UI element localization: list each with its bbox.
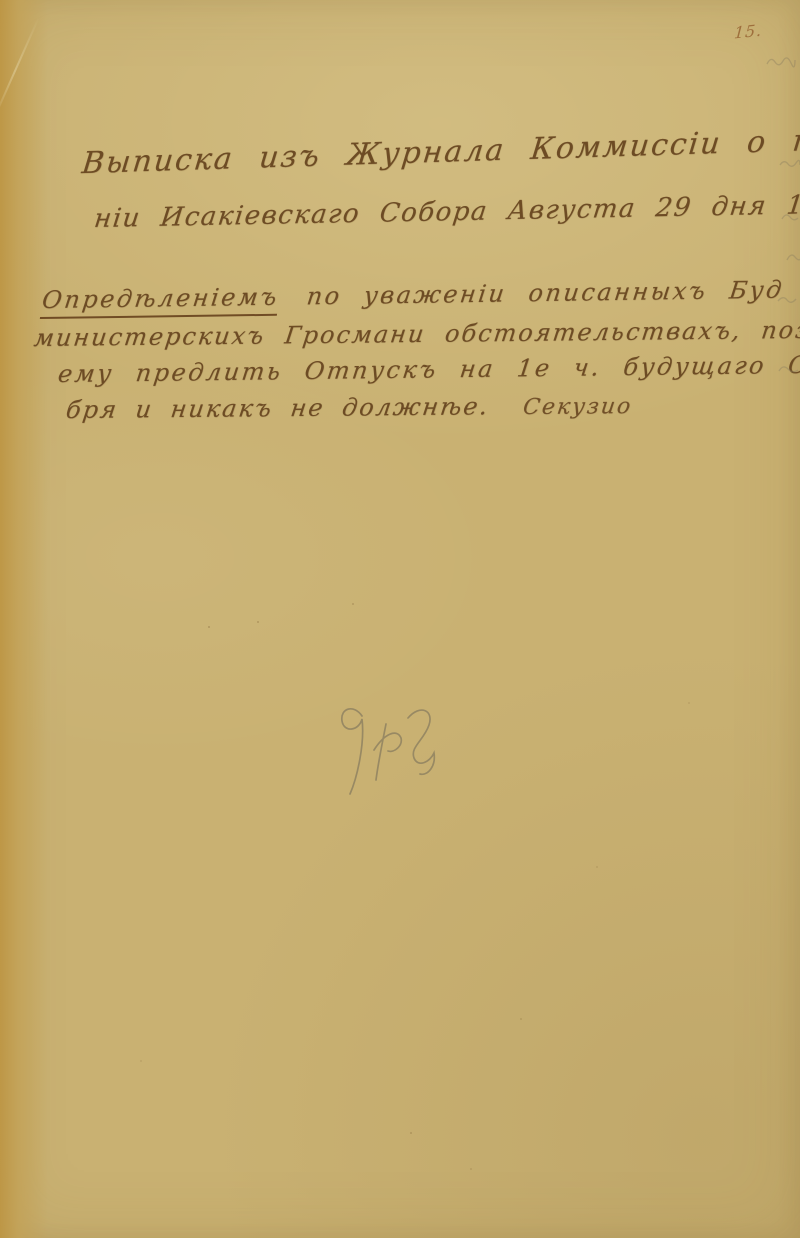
body-line-1: Опредѣленіемъпо уваженіи описанныхъ Буд xyxy=(40,276,785,314)
manuscript-page: 15. Выписка изъ Журнала Коммиссіи о пост… xyxy=(0,0,800,1238)
paper-specks xyxy=(0,0,2,2)
margin-pencil-mark-icon xyxy=(778,362,800,376)
header-line-1: Выписка изъ Журнала Коммиссіи о построе— xyxy=(80,118,800,181)
body-line-1-rest: по уваженіи описанныхъ Буд xyxy=(305,276,785,311)
signature: Секузио xyxy=(521,394,633,420)
body-line-3: ему предлить Отпускъ на 1е ч. будущаго О… xyxy=(56,350,800,388)
binding-gutter-shadow xyxy=(0,0,48,1238)
header-line-2: ніи Исакіевскаго Собора Августа 29 дня 1… xyxy=(92,188,800,234)
body-line-2: министерскихъ Гросмани обстоятельствахъ,… xyxy=(32,315,800,352)
body-line-4-text: бря и никакъ не должнѣе. xyxy=(64,392,491,424)
margin-pencil-mark-icon xyxy=(786,250,800,264)
margin-pencil-mark-icon xyxy=(779,156,800,170)
body-line-4: бря и никакъ не должнѣе.Секузио xyxy=(64,391,634,424)
page-number: 15. xyxy=(733,20,763,42)
margin-pencil-mark-icon xyxy=(766,54,796,70)
pencil-scribble-icon xyxy=(322,692,444,812)
underlined-word: Опредѣленіемъ xyxy=(40,283,281,319)
margin-pencil-mark-icon xyxy=(781,210,800,224)
margin-pencil-mark-icon xyxy=(777,292,799,306)
